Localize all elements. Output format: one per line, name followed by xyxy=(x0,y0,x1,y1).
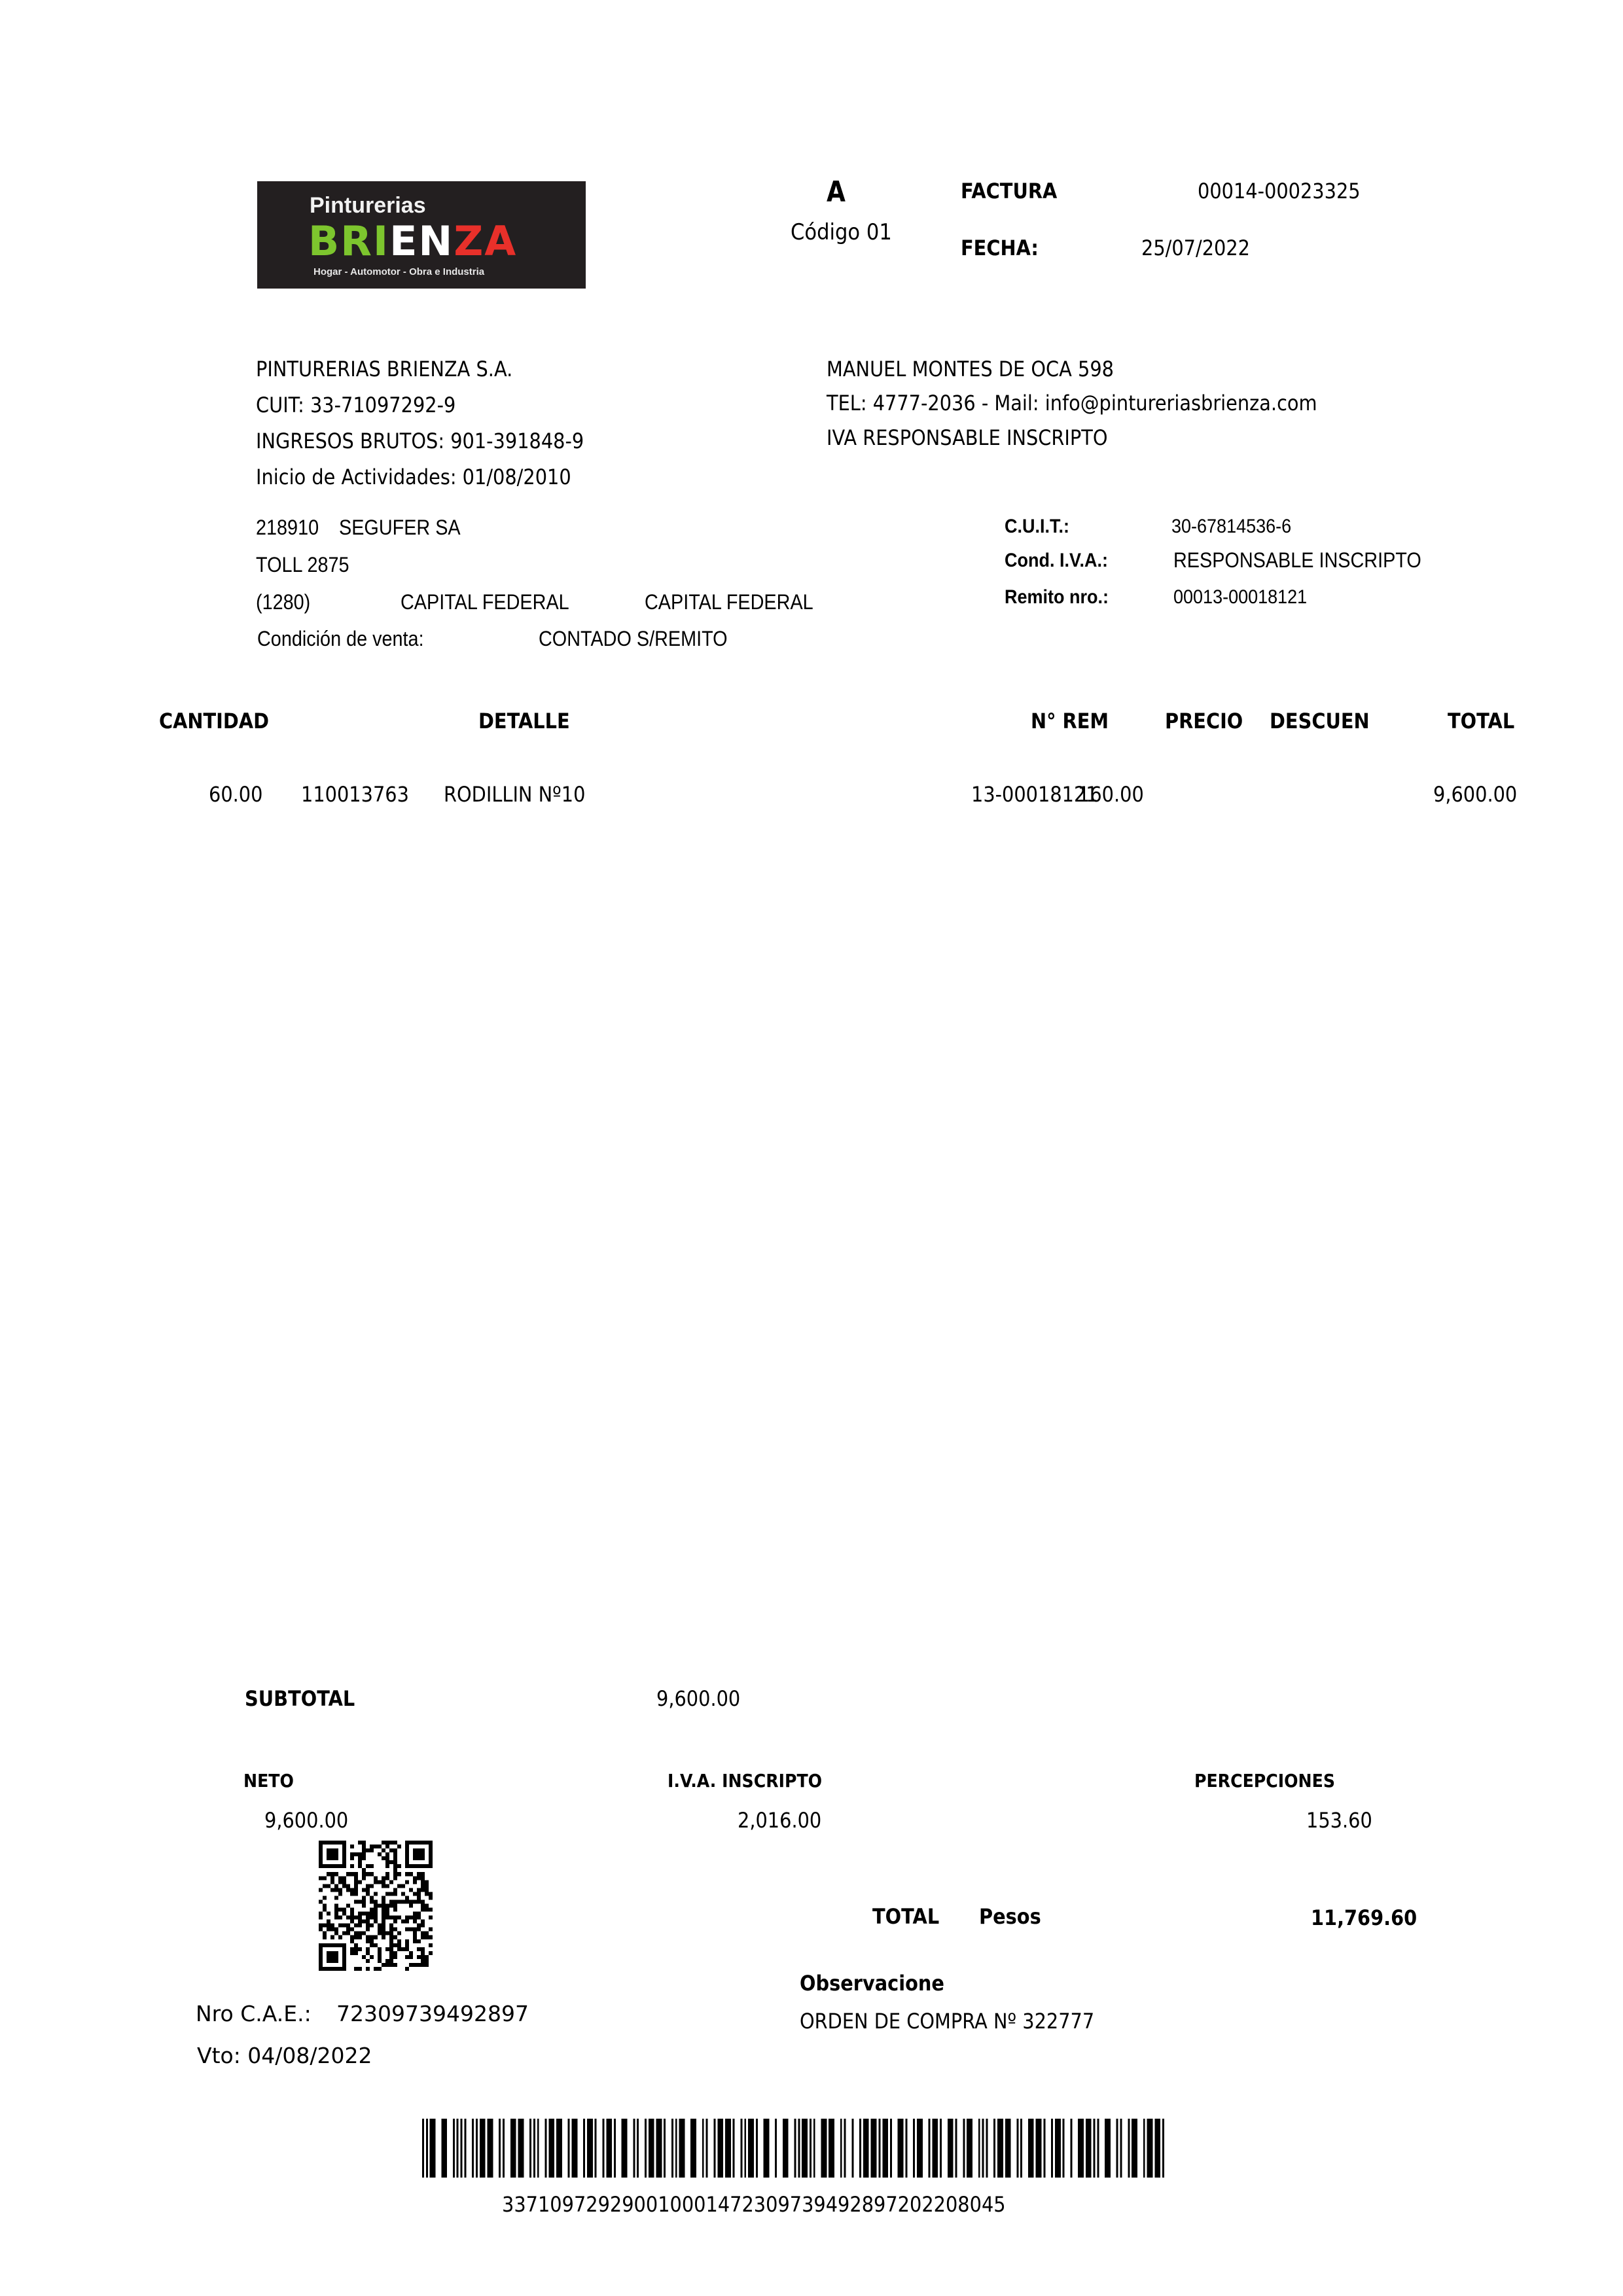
percepciones-value: 153.60 xyxy=(1306,1808,1372,1833)
logo-brand-part: EN xyxy=(389,217,454,265)
customer-iva-label: Cond. I.V.A.: xyxy=(1005,550,1108,572)
logo-brand: BRIENZA xyxy=(308,217,517,265)
col-cantidad: CANTIDAD xyxy=(159,709,269,733)
issuer-tax-status: IVA RESPONSABLE INSCRIPTO xyxy=(827,425,1108,450)
iva-value: 2,016.00 xyxy=(738,1808,821,1833)
customer-cuit-label: C.U.I.T.: xyxy=(1005,516,1069,538)
col-descuento: DESCUEN xyxy=(1270,709,1370,733)
row-total: 9,600.00 xyxy=(1433,782,1517,807)
sale-condition: CONTADO S/REMITO xyxy=(539,627,728,651)
customer-city: CAPITAL FEDERAL xyxy=(401,590,569,614)
iva-label: I.V.A. INSCRIPTO xyxy=(668,1770,822,1792)
customer-province: CAPITAL FEDERAL xyxy=(645,590,813,614)
qr-code-icon xyxy=(319,1841,433,1971)
logo-brand-part: ZA xyxy=(454,217,517,265)
barcode-digits: 3371097292900100014723097394928972022080… xyxy=(502,2192,1006,2217)
cae-expiry: Vto: 04/08/2022 xyxy=(197,2043,372,2068)
invoice-letter: A xyxy=(827,175,846,209)
col-detalle: DETALLE xyxy=(478,709,570,733)
issuer-start-date: Inicio de Actividades: 01/08/2010 xyxy=(256,465,571,489)
date-label: FECHA: xyxy=(961,236,1039,260)
issuer-address: MANUEL MONTES DE OCA 598 xyxy=(827,357,1114,381)
logo-line1: Pinturerias xyxy=(310,193,426,219)
subtotal-label: SUBTOTAL xyxy=(245,1686,355,1711)
remito-number: 00013-00018121 xyxy=(1173,586,1307,609)
total-label: TOTAL xyxy=(872,1904,939,1929)
observations-label: Observacione xyxy=(800,1971,944,1996)
customer-iva: RESPONSABLE INSCRIPTO xyxy=(1173,548,1421,573)
doc-number: 00014-00023325 xyxy=(1198,179,1361,203)
barcode-icon xyxy=(422,2119,1164,2178)
customer-cuit: 30-67814536-6 xyxy=(1171,516,1291,538)
doc-type-label: FACTURA xyxy=(961,179,1057,203)
company-logo: Pinturerias BRIENZA Hogar - Automotor - … xyxy=(257,181,586,289)
total-value: 11,769.60 xyxy=(1311,1905,1417,1930)
col-precio: PRECIO xyxy=(1165,709,1243,733)
logo-brand-part: BRI xyxy=(308,217,389,265)
sale-condition-label: Condición de venta: xyxy=(257,627,424,651)
issuer-name: PINTURERIAS BRIENZA S.A. xyxy=(256,357,512,381)
cae-label: Nro C.A.E.: xyxy=(196,2001,312,2026)
col-total: TOTAL xyxy=(1448,709,1514,733)
logo-tagline: Hogar - Automotor - Obra e Industria xyxy=(313,266,484,277)
issuer-cuit: CUIT: 33-71097292-9 xyxy=(256,393,455,417)
observations-text: ORDEN DE COMPRA Nº 322777 xyxy=(800,2009,1094,2034)
cae-number: 72309739492897 xyxy=(336,2001,529,2026)
customer-name: SEGUFER SA xyxy=(339,516,461,540)
row-codigo: 110013763 xyxy=(301,782,409,807)
row-precio: 160.00 xyxy=(1078,782,1144,807)
row-detalle: RODILLIN Nº10 xyxy=(444,782,585,807)
issuer-contact: TEL: 4777-2036 - Mail: info@pintureriasb… xyxy=(827,391,1317,415)
subtotal-value: 9,600.00 xyxy=(656,1686,740,1711)
customer-street: TOLL 2875 xyxy=(256,553,349,577)
neto-label: NETO xyxy=(243,1770,294,1792)
row-cantidad: 60.00 xyxy=(209,782,262,807)
total-currency: Pesos xyxy=(979,1904,1041,1929)
percepciones-label: PERCEPCIONES xyxy=(1194,1770,1335,1792)
issuer-iibb: INGRESOS BRUTOS: 901-391848-9 xyxy=(256,429,584,453)
customer-zip: (1280) xyxy=(256,590,310,614)
invoice-date: 25/07/2022 xyxy=(1141,236,1250,260)
remito-label: Remito nro.: xyxy=(1005,586,1109,609)
col-rem: N° REM xyxy=(1031,709,1109,733)
customer-code: 218910 xyxy=(256,516,319,540)
invoice-code: Código 01 xyxy=(791,219,892,245)
neto-value: 9,600.00 xyxy=(264,1808,348,1833)
